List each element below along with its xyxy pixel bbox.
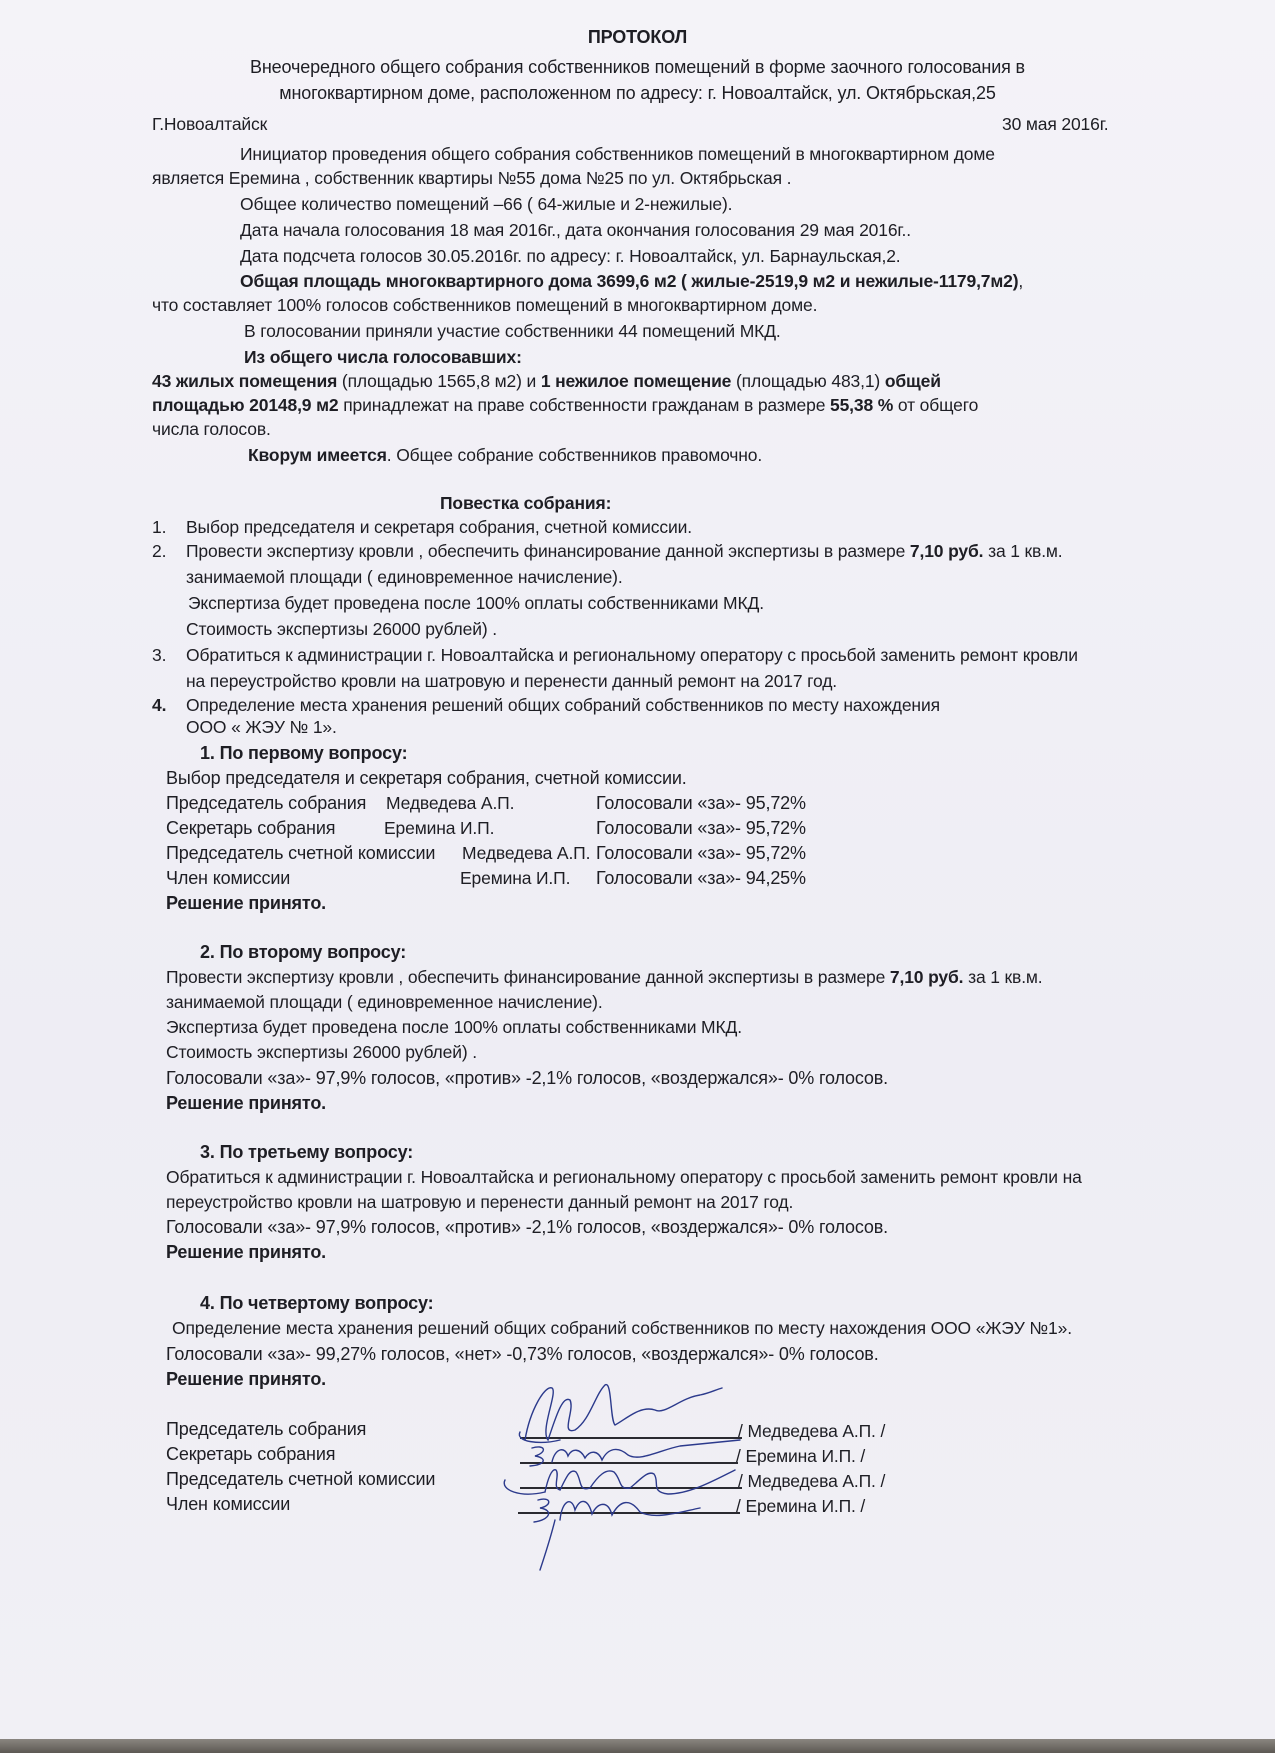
signature-4-stroke (534, 1499, 700, 1570)
signature-1-stroke (525, 1385, 722, 1440)
scanned-page: ПРОТОКОЛ Внеочередного общего собрания с… (0, 0, 1275, 1753)
scan-bottom-edge (0, 1739, 1275, 1753)
handwritten-signatures (0, 0, 1275, 1753)
signature-3-stroke (545, 1470, 735, 1494)
signature-2-stroke (530, 1440, 740, 1466)
